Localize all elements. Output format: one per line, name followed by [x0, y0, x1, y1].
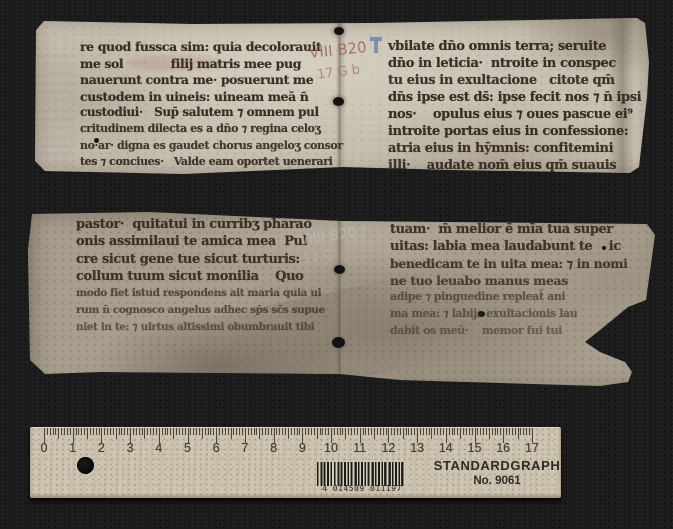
- barcode-digits: 4 014509 011197: [314, 484, 410, 493]
- manuscript-line: benedicam te in uita mea: ⁊ in nomi: [390, 256, 627, 271]
- ruler-tick: [58, 428, 59, 439]
- manuscript-line: atria eius in hȳmnis: confitemini: [388, 141, 613, 156]
- ruler-hanging-hole: [77, 457, 94, 474]
- ruler-tick: [351, 428, 352, 435]
- ruler-tick: [337, 428, 338, 435]
- ruler-tick: [297, 428, 298, 435]
- ruler-tick: [509, 428, 510, 435]
- ruler-tick: [113, 428, 114, 435]
- ruler-number: 1: [69, 441, 76, 455]
- ruler-tick: [500, 428, 501, 435]
- ruler-tick: [50, 428, 51, 435]
- ruler-tick: [529, 428, 530, 435]
- ruler-tick: [322, 428, 323, 435]
- ruler-tick: [133, 428, 134, 435]
- ruler-tick: [228, 428, 229, 435]
- ruler-tick: [377, 428, 378, 435]
- ruler-brand-label: STANDARDGRAPH: [412, 458, 582, 473]
- ruler-tick: [518, 428, 519, 439]
- ruler-tick: [380, 428, 381, 435]
- ruler-tick: [259, 428, 260, 439]
- ruler-tick: [294, 428, 295, 435]
- ruler-tick: [408, 428, 409, 435]
- ruler-tick: [76, 428, 77, 435]
- ruler-tick: [236, 428, 237, 435]
- ruler-tick: [437, 428, 438, 435]
- ruler-tick: [320, 428, 321, 435]
- manuscript-line: re quod fussca sim: quia decolorauit: [80, 39, 321, 54]
- ruler-number: 16: [496, 441, 510, 455]
- ruler-tick: [156, 428, 157, 435]
- manuscript-line: onis assimilaui te amica mea Pul: [76, 234, 307, 249]
- ruler-tick: [55, 428, 56, 435]
- ruler-tick: [403, 428, 404, 439]
- ruler-tick: [423, 428, 424, 435]
- ruler-tick: [124, 428, 125, 435]
- ruler-tick: [167, 428, 168, 435]
- ruler-tick: [61, 428, 62, 435]
- ruler-tick: [196, 428, 197, 435]
- ruler-number: 5: [184, 441, 191, 455]
- ruler-tick: [526, 428, 527, 435]
- ruler-tick: [139, 428, 140, 435]
- ruler-tick: [414, 428, 415, 435]
- ruler-tick: [492, 428, 493, 435]
- ruler-tick: [305, 428, 306, 435]
- ruler-tick: [104, 428, 105, 435]
- ruler-tick: [452, 428, 453, 435]
- ruler-tick: [64, 428, 65, 435]
- ruler-number: 2: [98, 441, 105, 455]
- ruler-tick: [110, 428, 111, 435]
- ruler-tick: [520, 428, 521, 435]
- ruler-tick: [463, 428, 464, 435]
- ruler-tick: [170, 428, 171, 435]
- ruler: 01234567891011121314151617 4 014509 0111…: [30, 427, 561, 498]
- ruler-tick: [121, 428, 122, 435]
- ruler-tick: [291, 428, 292, 435]
- ruler-tick: [397, 428, 398, 435]
- ruler-tick: [391, 428, 392, 435]
- ruler-tick: [276, 428, 277, 435]
- ruler-tick: [515, 428, 516, 435]
- ruler-tick: [265, 428, 266, 435]
- ruler-tick: [311, 428, 312, 435]
- ruler-tick: [99, 428, 100, 435]
- ruler-tick: [308, 428, 309, 435]
- ruler-tick: [348, 428, 349, 435]
- ruler-tick: [443, 428, 444, 435]
- ruler-tick: [328, 428, 329, 435]
- ruler-tick: [368, 428, 369, 435]
- ruler-tick: [153, 428, 154, 435]
- ruler-tick: [506, 428, 507, 435]
- ruler-tick: [256, 428, 257, 435]
- ruler-number: 14: [439, 441, 453, 455]
- ruler-tick: [165, 428, 166, 435]
- ruler-tick: [179, 428, 180, 435]
- ruler-tick: [434, 428, 435, 435]
- sewing-hole: [334, 265, 345, 274]
- sewing-hole: [332, 337, 345, 348]
- manuscript-line: tes ⁊ conciues· Valde eam oportet uenera…: [80, 155, 332, 168]
- manuscript-line: illi· audate nom̄ eius qm̄ suauis: [388, 158, 616, 173]
- ruler-tick: [279, 428, 280, 435]
- ruler-tick: [495, 428, 496, 435]
- ruler-tick: [173, 428, 174, 439]
- ruler-tick: [208, 428, 209, 435]
- ruler-tick: [213, 428, 214, 435]
- ruler-tick: [371, 428, 372, 435]
- ruler-tick: [231, 428, 232, 439]
- ruler-tick: [150, 428, 151, 435]
- ruler-tick: [90, 428, 91, 435]
- ruler-number: 6: [213, 441, 220, 455]
- ruler-tick: [70, 428, 71, 435]
- ruler-tick: [406, 428, 407, 435]
- manuscript-line: pastor· quitatui in curribʒ pharao: [76, 217, 312, 232]
- ruler-model-label: No. 9061: [412, 475, 582, 487]
- ruler-tick: [486, 428, 487, 435]
- ruler-tick: [199, 428, 200, 435]
- ruler-tick: [233, 428, 234, 435]
- ruler-number: 0: [41, 441, 48, 455]
- ruler-number: 8: [270, 441, 277, 455]
- manuscript-line: ma mea: ⁊ labijs exultacionis lau: [390, 307, 577, 320]
- ruler-tick: [472, 428, 473, 435]
- ruler-number: 4: [155, 441, 162, 455]
- ruler-number: 10: [324, 441, 338, 455]
- manuscript-line: uitas: labia mea laudabunt te ic: [390, 239, 621, 254]
- ruler-tick: [288, 428, 289, 439]
- shelfmark-pencil-bottom: 17 C: [302, 248, 334, 268]
- ruler-tick: [489, 428, 490, 439]
- ruler-number: 9: [299, 441, 306, 455]
- ruler-tick: [147, 428, 148, 435]
- sewing-hole: [334, 27, 344, 35]
- ruler-tick: [365, 428, 366, 435]
- ruler-tick: [480, 428, 481, 435]
- ruler-number: 3: [127, 441, 134, 455]
- offset-ink-ghost: [39, 55, 73, 167]
- ruler-tick: [262, 428, 263, 435]
- ruler-tick: [239, 428, 240, 435]
- ruler-tick: [394, 428, 395, 435]
- ruler-tick: [345, 428, 346, 439]
- manuscript-line: critudinem dilecta es a dn̄o ⁊ regina ce…: [80, 122, 320, 135]
- parchment-fragment-top: re quod fussca sim: quia decolorauitme s…: [33, 17, 651, 175]
- sewing-hole: [333, 97, 344, 106]
- ruler-tick: [334, 428, 335, 435]
- ruler-tick: [219, 428, 220, 435]
- ruler-number: 15: [468, 441, 482, 455]
- ruler-tick: [182, 428, 183, 435]
- ruler-tick: [386, 428, 387, 435]
- ruler-tick: [47, 428, 48, 435]
- ruler-tick: [67, 428, 68, 435]
- ruler-tick: [429, 428, 430, 435]
- ruler-tick: [119, 428, 120, 435]
- manuscript-line: dabit os meū· memor fui tui: [390, 324, 562, 337]
- ruler-tick: [383, 428, 384, 435]
- ruler-tick: [354, 428, 355, 435]
- ruler-number: 13: [410, 441, 424, 455]
- manuscript-line: no·ar· digna es gaudet chorus angeloʒ co…: [80, 139, 343, 152]
- ruler-tick: [282, 428, 283, 435]
- ruler-tick: [325, 428, 326, 435]
- ruler-tick: [469, 428, 470, 435]
- ruler-tick: [81, 428, 82, 435]
- ruler-tick: [342, 428, 343, 435]
- ruler-tick: [222, 428, 223, 435]
- ruler-tick: [449, 428, 450, 435]
- ruler-tick: [242, 428, 243, 435]
- ruler-tick: [96, 428, 97, 435]
- shelfmark-pencil-top: 17 G b: [316, 62, 361, 82]
- manuscript-line: me sol filij matris mee pug: [80, 56, 301, 71]
- ruler-tick: [477, 428, 478, 435]
- ruler-number: 12: [381, 441, 395, 455]
- ruler-tick: [142, 428, 143, 435]
- manuscript-line: introite portas eius in confessione:: [388, 124, 628, 139]
- ruler-tick: [136, 428, 137, 435]
- ruler-tick: [162, 428, 163, 435]
- ruler-number: 17: [525, 441, 539, 455]
- ruler-tick: [285, 428, 286, 435]
- ruler-tick: [271, 428, 272, 435]
- blue-pen-mark: [374, 40, 378, 53]
- manuscript-line: niet in te: ⁊ uirtus altissimi obumbraui…: [76, 321, 314, 333]
- barcode: [317, 462, 405, 486]
- ruler-tick: [225, 428, 226, 435]
- ruler-tick: [460, 428, 461, 439]
- manuscript-line: tu eius in exultacione citote qm̄: [388, 73, 615, 88]
- photo-stage: re quod fussca sim: quia decolorauitme s…: [0, 0, 673, 529]
- manuscript-line: cre sicut gene tue sicut turturis:: [76, 252, 300, 267]
- ruler-tick: [210, 428, 211, 435]
- manuscript-line: custodem in uineis: uineam meā n̄: [80, 89, 308, 104]
- manuscript-line: custodiui· Sup̄ salutem ⁊ omnem pul: [80, 105, 319, 119]
- ruler-tick: [254, 428, 255, 435]
- ruler-number: 7: [241, 441, 248, 455]
- ruler-tick: [107, 428, 108, 435]
- ruler-tick: [374, 428, 375, 439]
- ruler-tick: [87, 428, 88, 439]
- ruler-tick: [144, 428, 145, 439]
- ruler-tick: [185, 428, 186, 435]
- ruler-tick: [457, 428, 458, 435]
- ruler-tick: [251, 428, 252, 435]
- ruler-tick: [363, 428, 364, 435]
- manuscript-line: nauerunt contra me· posuerunt me: [80, 72, 313, 87]
- manuscript-line: dn̄o in leticia· ntroite in conspec: [388, 56, 616, 71]
- manuscript-line: collum tuum sicut monilia Quo: [76, 269, 303, 284]
- manuscript-line: rum n̄ cognosco angelus adhec sp̄s sc̄s …: [76, 304, 325, 316]
- ruler-tick: [357, 428, 358, 435]
- ruler-tick: [202, 428, 203, 439]
- ruler-tick: [431, 428, 432, 439]
- ruler-tick: [440, 428, 441, 435]
- ruler-tick: [116, 428, 117, 439]
- ruler-tick: [523, 428, 524, 435]
- ruler-tick: [420, 428, 421, 435]
- ruler-tick: [426, 428, 427, 435]
- ruler-tick: [512, 428, 513, 435]
- ruler-tick: [127, 428, 128, 435]
- ruler-tick: [497, 428, 498, 435]
- ruler-tick: [317, 428, 318, 439]
- ruler-tick: [340, 428, 341, 435]
- manuscript-line: tuam· m̄ melior ē mīa tua super: [390, 222, 613, 237]
- manuscript-line: modo fiet istud respondens ait maria qui…: [76, 287, 321, 299]
- ruler-tick: [483, 428, 484, 435]
- manuscript-line: nos· opulus eius ⁊ oues pascue ei⁹: [388, 107, 633, 122]
- ruler-tick: [190, 428, 191, 435]
- manuscript-line: vbilate dn̄o omnis terra; seruite: [388, 39, 606, 54]
- ruler-tick: [78, 428, 79, 435]
- ruler-tick: [314, 428, 315, 435]
- ruler-tick: [176, 428, 177, 435]
- ruler-tick: [466, 428, 467, 435]
- ruler-tick: [400, 428, 401, 435]
- manuscript-line: adipe ⁊ pinguedine repleat̄ ani: [390, 290, 565, 303]
- parchment-fragment-bottom: pastor· quitatui in curribʒ pharaoonis a…: [27, 208, 667, 394]
- manuscript-line: dn̄s ipse est ds̄: ipse fecit nos ⁊ n̄ i…: [388, 90, 641, 105]
- ruler-tick: [84, 428, 85, 435]
- ruler-tick: [299, 428, 300, 435]
- ruler-tick: [248, 428, 249, 435]
- ruler-number: 11: [353, 441, 366, 455]
- ruler-tick: [53, 428, 54, 435]
- ruler-tick: [93, 428, 94, 435]
- ruler-tick: [454, 428, 455, 435]
- ruler-tick: [268, 428, 269, 435]
- ruler-tick: [205, 428, 206, 435]
- ruler-tick: [411, 428, 412, 435]
- manuscript-line: ne tuo leuabo manus meas: [390, 273, 568, 288]
- ruler-tick: [193, 428, 194, 435]
